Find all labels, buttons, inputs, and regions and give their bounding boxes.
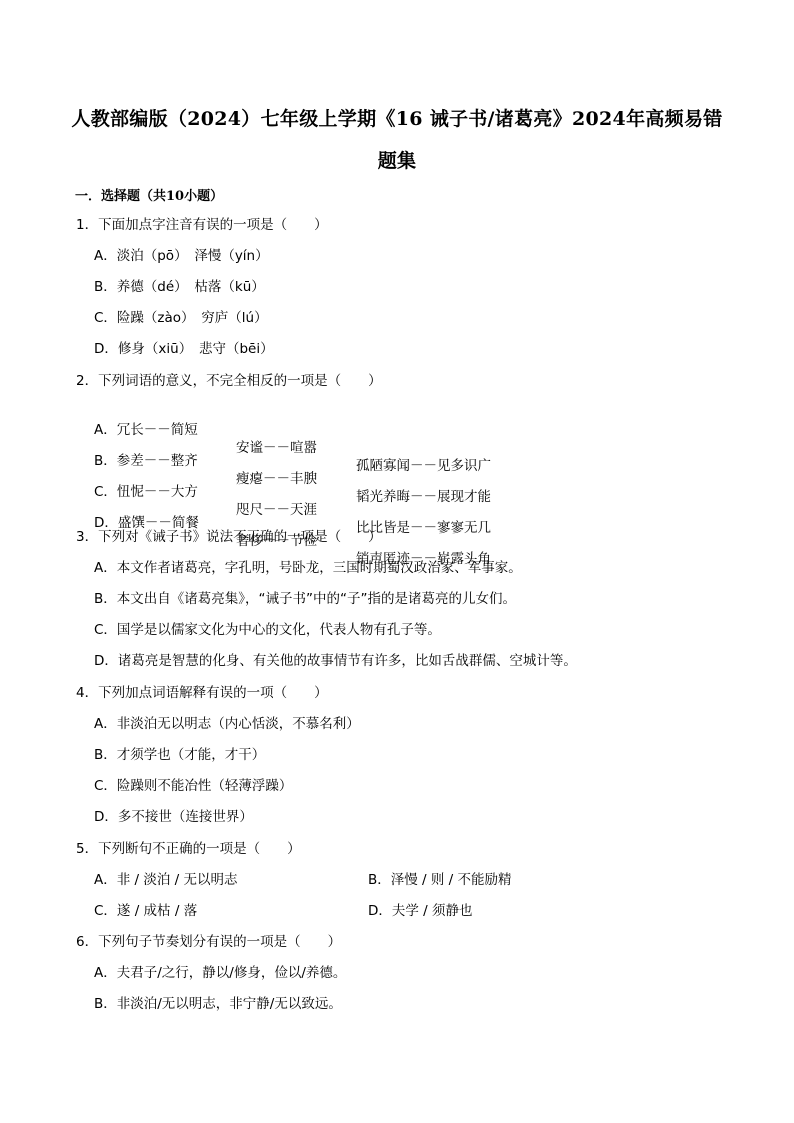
question-1-option-a: A．淡泊（pō） 泽慢（yín） [94, 247, 269, 265]
question-1-option-c: C．险躁（zào） 穷庐（lú） [94, 309, 268, 327]
question-3-stem: 3．下列对《诫子书》说法不正确的一项是（ ） [76, 528, 382, 546]
question-1-stem: 1．下面加点字注音有误的一项是（ ） [76, 216, 328, 234]
question-3-option-c: C．国学是以儒家文化为中心的文化，代表人物有孔子等。 [94, 621, 441, 639]
option-a-pair-3: 孤陋寡闻－－见多识广 [356, 457, 491, 475]
question-6-option-a: A．夫君子/之行，静以/修身，俭以/养德。 [94, 964, 346, 982]
question-4-stem: 4．下列加点词语解释有误的一项（ ） [76, 684, 328, 702]
question-1-option-d: D．修身（xiū） 悲守（bēi） [94, 340, 274, 358]
question-4-option-c: C．险躁则不能冶性（轻薄浮躁） [94, 777, 292, 795]
question-4-option-d: D．多不接世（连接世界） [94, 808, 253, 826]
question-6-stem: 6．下列句子节奏划分有误的一项是（ ） [76, 933, 341, 951]
question-4-option-b: B．才须学也（才能，才干） [94, 746, 265, 764]
option-b-pair-2: 瘦瘪－－丰腴 [236, 470, 317, 488]
question-5-option-b: B．泽慢 / 则 / 不能励精 [368, 871, 512, 889]
question-6-option-b: B．非淡泊/无以明志，非宁静/无以致远。 [94, 995, 342, 1013]
option-a-pair-1: A．冗长－－简短 [94, 421, 198, 439]
question-5-option-d: D．夫学 / 须静也 [368, 902, 473, 920]
question-5-option-a: A．非 / 淡泊 / 无以明志 [94, 871, 238, 889]
question-3-option-b: B．本文出自《诸葛亮集》，“诫子书”中的“子”指的是诸葛亮的儿女们。 [94, 590, 516, 608]
document-title-line2: 题集 [60, 146, 734, 173]
question-3-option-d: D．诸葛亮是智慧的化身、有关他的故事情节有许多，比如舌战群儒、空城计等。 [94, 652, 577, 670]
option-a-pair-2: 安谧－－喧嚣 [236, 439, 317, 457]
question-2-stem: 2．下列词语的意义，不完全相反的一项是（ ） [76, 372, 382, 390]
question-3-option-a: A．本文作者诸葛亮，字孔明，号卧龙，三国时期蜀汉政治家、军事家。 [94, 559, 522, 577]
option-b-pair-3: 韬光养晦－－展现才能 [356, 488, 491, 506]
section-heading: 一．选择题（共10小题） [75, 185, 223, 204]
question-1-option-b: B．养德（dé） 枯落（kū） [94, 278, 265, 296]
document-title-line1: 人教部编版（2024）七年级上学期《16 诫子书/诸葛亮》2024年高频易错 [60, 104, 734, 131]
option-c-pair-1: C．忸怩－－大方 [94, 483, 198, 501]
option-c-pair-2: 咫尺－－天涯 [236, 501, 317, 519]
question-5-option-c: C．遂 / 成枯 / 落 [94, 902, 197, 920]
question-5-stem: 5．下列断句不正确的一项是（ ） [76, 840, 301, 858]
question-4-option-a: A．非淡泊无以明志（内心恬淡，不慕名利） [94, 715, 360, 733]
option-b-pair-1: B．参差－－整齐 [94, 452, 198, 470]
